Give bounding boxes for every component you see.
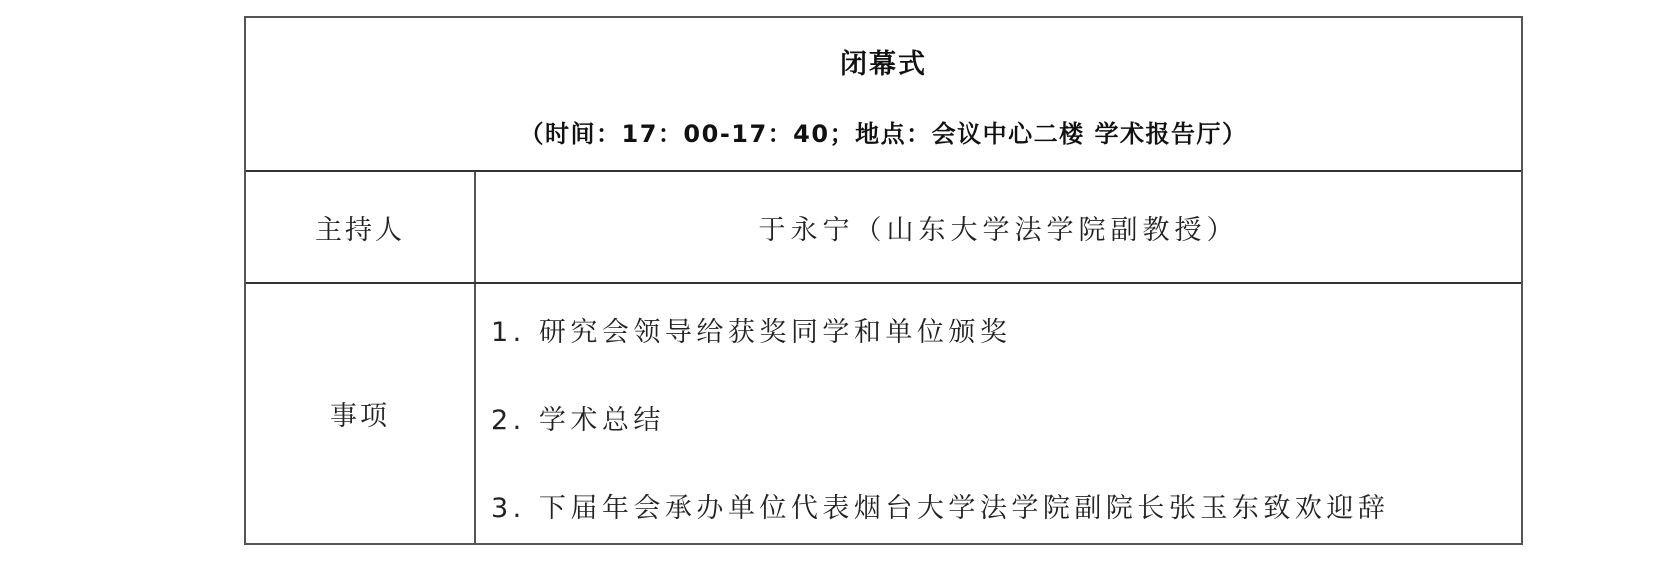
- agenda-label: 事项: [246, 284, 476, 543]
- agenda-value-cell: 1. 研究会领导给获奖同学和单位颁奖 2. 学术总结 3. 下届年会承办单位代表…: [476, 284, 1521, 543]
- host-value-cell: 于永宁（山东大学法学院副教授）: [476, 172, 1521, 282]
- host-row: 主持人 于永宁（山东大学法学院副教授）: [246, 172, 1521, 284]
- agenda-item: 3. 下届年会承办单位代表烟台大学法学院副院长张玉东致欢迎辞: [491, 486, 1389, 525]
- session-title: 闭幕式: [246, 42, 1521, 81]
- agenda-item: 1. 研究会领导给获奖同学和单位颁奖: [491, 310, 1011, 349]
- host-value: 于永宁（山东大学法学院副教授）: [476, 172, 1521, 282]
- session-time-location: （时间：17：00-17：40；地点：会议中心二楼 学术报告厅）: [246, 114, 1521, 149]
- table-header-row: 闭幕式 （时间：17：00-17：40；地点：会议中心二楼 学术报告厅）: [246, 18, 1521, 172]
- closing-ceremony-table: 闭幕式 （时间：17：00-17：40；地点：会议中心二楼 学术报告厅） 主持人…: [244, 16, 1523, 545]
- host-label: 主持人: [246, 172, 476, 282]
- agenda-row: 事项 1. 研究会领导给获奖同学和单位颁奖 2. 学术总结 3. 下届年会承办单…: [246, 284, 1521, 543]
- agenda-item: 2. 学术总结: [491, 398, 665, 437]
